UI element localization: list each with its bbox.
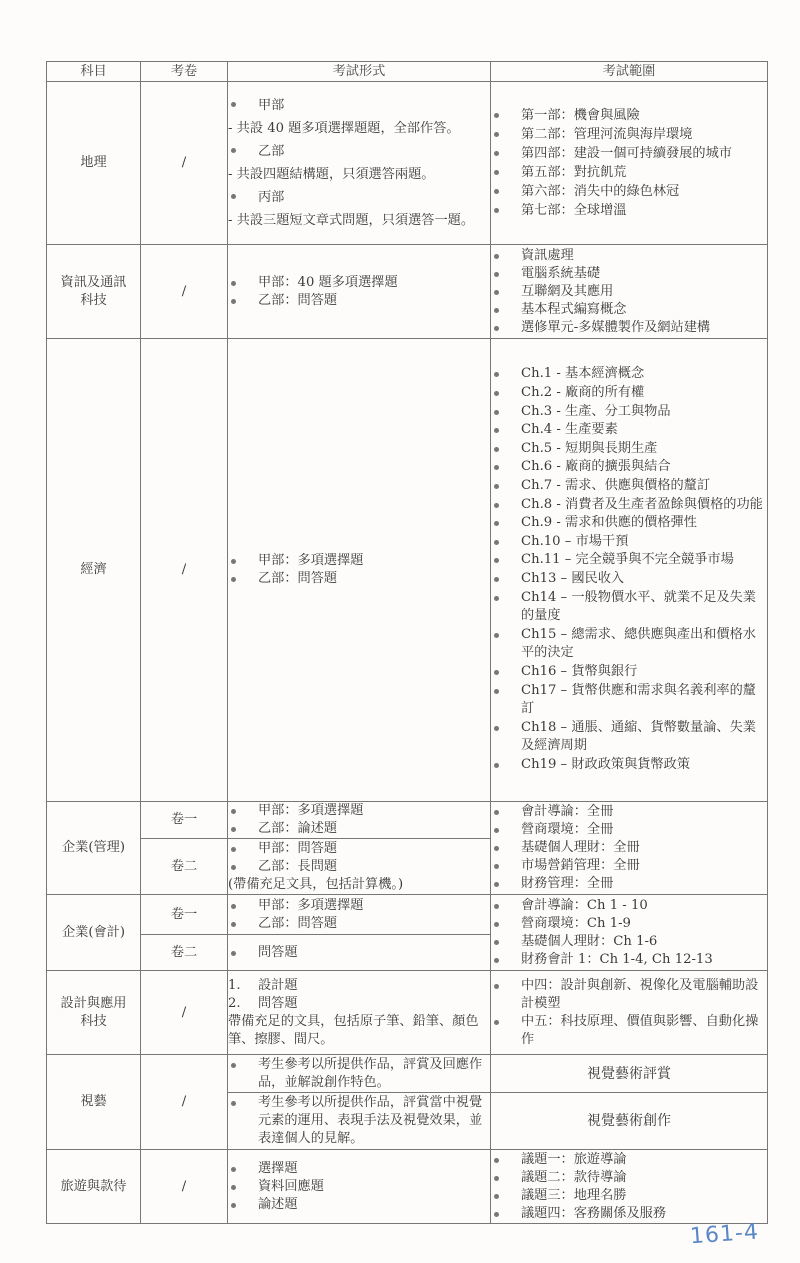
format-item: 甲部：40 題多項選擇題	[228, 274, 490, 292]
scope-item: Ch19 – 財政政策與貨幣政策	[491, 756, 767, 775]
format-item: 甲部：多項選擇題	[228, 897, 490, 915]
scope-item: Ch.7 - 需求、供應與價格的釐訂	[491, 477, 767, 496]
format-cell: 問答題	[228, 935, 491, 971]
subject-cell: 企業(會計)	[47, 895, 141, 971]
format-item: 乙部：論述題	[228, 820, 490, 838]
format-cell: 甲部：多項選擇題 乙部：問答題	[228, 339, 491, 802]
format-cell: 選擇題 資料回應題 論述題	[228, 1150, 491, 1224]
scope-item: 營商環境：Ch 1-9	[491, 915, 767, 933]
subject-cell: 旅遊與款待	[47, 1150, 141, 1224]
exam-schedule-table: 科目 考卷 考試形式 考試範圍 地理 / 甲部 - 共設 40 題多項選擇題題，…	[46, 61, 768, 1224]
scope-item: 議題二：款待導論	[491, 1169, 767, 1187]
format-item: 考生參考以所提供作品，評賞當中視覺元素的運用、表現手法及視覺效果，並表達個人的見…	[228, 1094, 490, 1148]
scope-item: 營商環境：全冊	[491, 821, 767, 839]
item-number: 1.	[228, 977, 258, 995]
paper-cell: 卷一	[141, 895, 228, 935]
format-desc: - 共設 40 題多項選擇題題，全部作答。	[228, 117, 490, 140]
format-desc: - 共設四題結構題，只須選答兩題。	[228, 163, 490, 186]
scope-item: Ch13 – 國民收入	[491, 570, 767, 589]
format-note: (帶備充足文具，包括計算機。)	[228, 876, 490, 894]
scope-cell: 議題一：旅遊導論 議題二：款待導論 議題三：地理名勝 議題四：客務關係及服務	[491, 1150, 768, 1224]
scope-item: 電腦系統基礎	[491, 265, 767, 283]
subject-cell: 視藝	[47, 1055, 141, 1150]
paper-cell: 卷二	[141, 935, 228, 971]
scope-cell: 視覺藝術創作	[491, 1093, 768, 1150]
scope-item: Ch.6 - 廠商的擴張與結合	[491, 458, 767, 477]
subject-cell: 地理	[47, 82, 141, 245]
scope-item: Ch.8 - 消費者及生產者盈餘與價格的功能	[491, 496, 767, 515]
item-text: 設計題	[258, 978, 298, 993]
scope-cell: 第一部：機會與風險 第二部：管理河流與海岸環境 第四部：建設一個可持續發展的城市…	[491, 82, 768, 245]
scope-item: 財務管理：全冊	[491, 875, 767, 893]
format-cell: 考生參考以所提供作品，評賞及回應作品，並解說創作特色。	[228, 1055, 491, 1093]
scope-item: Ch.9 - 需求和供應的價格彈性	[491, 514, 767, 533]
format-cell: 甲部：問答題 乙部：長問題 (帶備充足文具，包括計算機。)	[228, 839, 491, 895]
row-bafs-acct-paper1: 企業(會計) 卷一 甲部：多項選擇題 乙部：問答題 會計導論：Ch 1 - 10…	[47, 895, 768, 935]
scope-item: Ch18 – 通脹、通縮、貨幣數量論、失業及經濟周期	[491, 719, 767, 756]
subject-cell: 資訊及通訊科技	[47, 245, 141, 339]
scope-item: Ch.10 – 市場干預	[491, 533, 767, 552]
format-item: 乙部：問答題	[228, 915, 490, 933]
format-cell: 甲部：多項選擇題 乙部：問答題	[228, 895, 491, 935]
paper-cell: /	[141, 1150, 228, 1224]
scope-item: 選修單元-多媒體製作及網站建構	[491, 319, 767, 337]
scope-cell: Ch.1 - 基本經濟概念 Ch.2 - 廠商的所有權 Ch.3 - 生產、分工…	[491, 339, 768, 802]
format-note: 帶備充足的文具，包括原子筆、鉛筆、顏色筆、擦膠、間尺。	[228, 1013, 490, 1049]
header-format: 考試形式	[228, 62, 491, 82]
format-item: 選擇題	[228, 1160, 490, 1178]
scope-item: 基本程式編寫概念	[491, 301, 767, 319]
scope-item: 基礎個人理財：全冊	[491, 839, 767, 857]
subject-cell: 設計與應用科技	[47, 971, 141, 1055]
scope-cell: 視覺藝術評賞	[491, 1055, 768, 1093]
scope-item: Ch15 – 總需求、總供應與產出和價格水平的決定	[491, 626, 767, 663]
scope-item: 會計導論：全冊	[491, 803, 767, 821]
scope-item: 會計導論：Ch 1 - 10	[491, 897, 767, 915]
row-economics: 經濟 / 甲部：多項選擇題 乙部：問答題 Ch.1 - 基本經濟概念 Ch.2 …	[47, 339, 768, 802]
scope-item: 中四：設計與創新、視像化及電腦輔助設計模塑	[491, 977, 767, 1013]
format-item: 1.設計題	[228, 977, 490, 995]
subject-label: 資訊及通訊科技	[58, 274, 130, 310]
format-cell: 甲部：40 題多項選擇題 乙部：問答題	[228, 245, 491, 339]
scope-item: Ch.2 - 廠商的所有權	[491, 384, 767, 403]
row-geography: 地理 / 甲部 - 共設 40 題多項選擇題題，全部作答。 乙部 - 共設四題結…	[47, 82, 768, 245]
scope-item: 市場營銷管理：全冊	[491, 857, 767, 875]
format-item: 甲部：多項選擇題	[228, 552, 490, 570]
format-item: 甲部：問答題	[228, 840, 490, 858]
format-desc: - 共設三題短文章式問題，只須選答一題。	[228, 209, 490, 232]
scope-item: 第六部：消失中的綠色林冠	[491, 182, 767, 201]
scope-item: 第一部：機會與風險	[491, 106, 767, 125]
format-item: 乙部：問答題	[228, 570, 490, 588]
format-item: 論述題	[228, 1196, 490, 1214]
row-dat: 設計與應用科技 / 1.設計題 2.問答題 帶備充足的文具，包括原子筆、鉛筆、顏…	[47, 971, 768, 1055]
header-subject: 科目	[47, 62, 141, 82]
scope-item: 第五部：對抗飢荒	[491, 163, 767, 182]
scope-item: 第二部：管理河流與海岸環境	[491, 125, 767, 144]
subject-label: 設計與應用科技	[58, 995, 130, 1031]
format-item: 問答題	[228, 944, 490, 962]
scope-cell: 中四：設計與創新、視像化及電腦輔助設計模塑 中五：科技原理、價值與影響、自動化操…	[491, 971, 768, 1055]
paper-cell: /	[141, 82, 228, 245]
scope-item: Ch14 – 一般物價水平、就業不足及失業的量度	[491, 589, 767, 626]
scope-item: Ch.1 - 基本經濟概念	[491, 365, 767, 384]
format-item: 乙部：長問題	[228, 858, 490, 876]
scope-item: Ch17 – 貨幣供應和需求與名義利率的釐訂	[491, 682, 767, 719]
scope-item: Ch16 – 貨幣與銀行	[491, 663, 767, 682]
scope-item: 資訊處理	[491, 247, 767, 265]
format-item: 考生參考以所提供作品，評賞及回應作品，並解說創作特色。	[228, 1056, 490, 1092]
paper-cell: /	[141, 971, 228, 1055]
row-visual-arts-part1: 視藝 / 考生參考以所提供作品，評賞及回應作品，並解說創作特色。 視覺藝術評賞	[47, 1055, 768, 1093]
subject-cell: 企業(管理)	[47, 802, 141, 895]
row-tourism: 旅遊與款待 / 選擇題 資料回應題 論述題 議題一：旅遊導論 議題二：款待導論 …	[47, 1150, 768, 1224]
row-bafs-mgmt-paper1: 企業(管理) 卷一 甲部：多項選擇題 乙部：論述題 會計導論：全冊 營商環境：全…	[47, 802, 768, 839]
scope-item: Ch.5 - 短期與長期生產	[491, 440, 767, 459]
scope-item: 議題三：地理名勝	[491, 1187, 767, 1205]
item-text: 問答題	[258, 996, 298, 1011]
format-cell: 考生參考以所提供作品，評賞當中視覺元素的運用、表現手法及視覺效果，並表達個人的見…	[228, 1093, 491, 1150]
paper-cell: /	[141, 245, 228, 339]
handwritten-page-number: 161-4	[689, 1220, 760, 1250]
row-ict: 資訊及通訊科技 / 甲部：40 題多項選擇題 乙部：問答題 資訊處理 電腦系統基…	[47, 245, 768, 339]
scope-item: 基礎個人理財：Ch 1-6	[491, 933, 767, 951]
paper-cell: /	[141, 339, 228, 802]
format-item: 甲部：多項選擇題	[228, 802, 490, 820]
format-item: 2.問答題	[228, 995, 490, 1013]
format-item: 資料回應題	[228, 1178, 490, 1196]
paper-cell: 卷二	[141, 839, 228, 895]
scope-item: 第四部：建設一個可持續發展的城市	[491, 144, 767, 163]
scope-cell: 資訊處理 電腦系統基礎 互聯網及其應用 基本程式編寫概念 選修單元-多媒體製作及…	[491, 245, 768, 339]
format-cell: 甲部 - 共設 40 題多項選擇題題，全部作答。 乙部 - 共設四題結構題，只須…	[228, 82, 491, 245]
scope-item: 中五：科技原理、價值與影響、自動化操作	[491, 1013, 767, 1049]
format-part: 乙部	[228, 140, 490, 163]
header-scope: 考試範圍	[491, 62, 768, 82]
scope-cell: 會計導論：Ch 1 - 10 營商環境：Ch 1-9 基礎個人理財：Ch 1-6…	[491, 895, 768, 971]
scope-item: 第七部：全球增溫	[491, 201, 767, 220]
paper-cell: /	[141, 1055, 228, 1150]
paper-cell: 卷一	[141, 802, 228, 839]
scope-item: 互聯網及其應用	[491, 283, 767, 301]
scope-item: 財務會計 1：Ch 1-4, Ch 12-13	[491, 951, 767, 969]
header-paper: 考卷	[141, 62, 228, 82]
scope-item: Ch.11 – 完全競爭與不完全競爭市場	[491, 551, 767, 570]
scope-cell: 會計導論：全冊 營商環境：全冊 基礎個人理財：全冊 市場營銷管理：全冊 財務管理…	[491, 802, 768, 895]
format-part: 甲部	[228, 94, 490, 117]
format-cell: 甲部：多項選擇題 乙部：論述題	[228, 802, 491, 839]
format-part: 丙部	[228, 186, 490, 209]
scope-item: Ch.4 - 生產要素	[491, 421, 767, 440]
format-item: 乙部：問答題	[228, 292, 490, 310]
header-row: 科目 考卷 考試形式 考試範圍	[47, 62, 768, 82]
scope-item: 議題一：旅遊導論	[491, 1151, 767, 1169]
subject-cell: 經濟	[47, 339, 141, 802]
item-number: 2.	[228, 995, 258, 1013]
scope-item: Ch.3 - 生產、分工與物品	[491, 403, 767, 422]
scope-item: 議題四：客務關係及服務	[491, 1205, 767, 1223]
format-cell: 1.設計題 2.問答題 帶備充足的文具，包括原子筆、鉛筆、顏色筆、擦膠、間尺。	[228, 971, 491, 1055]
